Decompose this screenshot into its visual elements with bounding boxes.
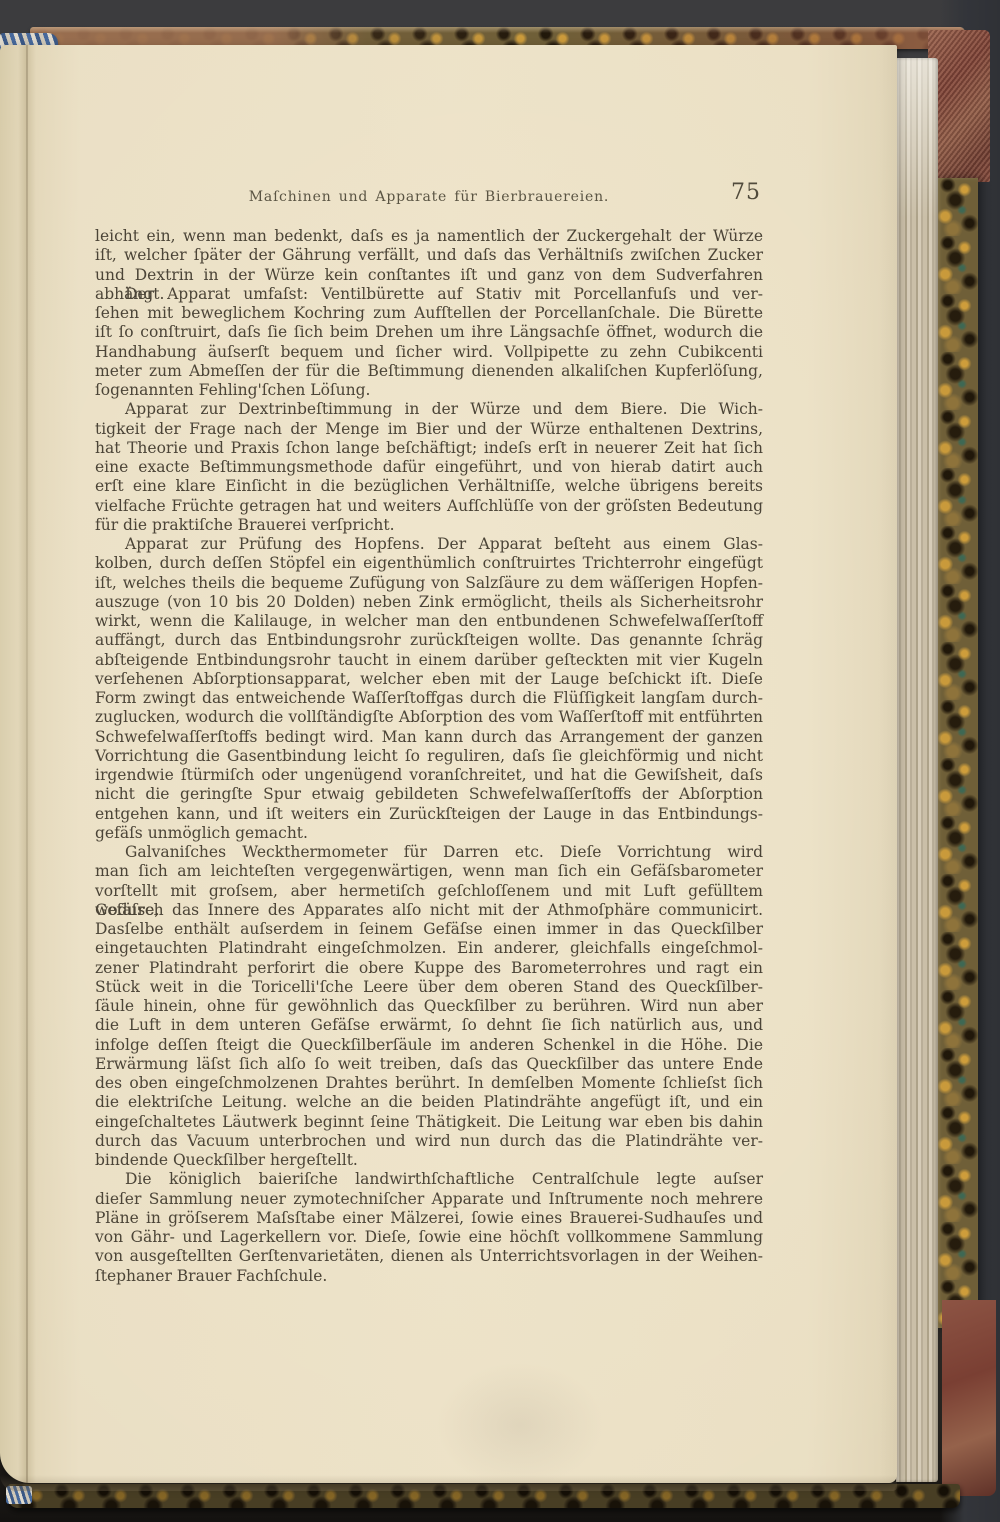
text-line: vielfache Früchte getragen hat und weite… <box>95 497 763 516</box>
cover-leather-corner-bottom <box>942 1300 996 1496</box>
text-line: dieſer Sammlung neuer zymotechniſcher Ap… <box>95 1190 763 1209</box>
text-line: Galvaniſches Weckthermometer für Darren … <box>95 843 763 862</box>
text-line: durch das Vacuum unterbrochen und wird n… <box>95 1132 763 1151</box>
text-line: die elektriſche Leitung. welche an die b… <box>95 1093 763 1112</box>
text-line: hat Theorie und Praxis ſchon lange beſch… <box>95 439 763 458</box>
text-line: zuglucken, wodurch die vollſtändigſte Ab… <box>95 708 763 727</box>
text-line: eingetauchten Platindraht eingeſchmolzen… <box>95 939 763 958</box>
text-line: meter zum Abmeſſen der für die Beſtimmun… <box>95 362 763 381</box>
book-scan: Maſchinen und Apparate für Bierbrauereie… <box>0 0 1000 1522</box>
text-line: nicht die geringſte Spur etwaig gebildet… <box>95 785 763 804</box>
text-line: vorſtellt mit groſsem, aber hermetiſch g… <box>95 882 763 901</box>
text-block: leicht ein, wenn man bedenkt, daſs es ja… <box>95 227 763 1286</box>
text-line: für die praktiſche Brauerei verſpricht. <box>95 516 763 535</box>
text-line: ſogenannten Fehling'ſchen Löſung. <box>95 381 763 400</box>
text-line: erſt eine klare Einſicht in die bezüglic… <box>95 477 763 496</box>
text-line: gefäſs unmöglich gemacht. <box>95 824 763 843</box>
cover-top-gloss <box>30 27 965 33</box>
text-line: bindende Queckſilber hergeſtellt. <box>95 1151 763 1170</box>
text-line: iſt, welches theils die bequeme Zufügung… <box>95 574 763 593</box>
text-line: verſehenen Abſorptionsapparat, welcher e… <box>95 670 763 689</box>
text-line: tigkeit der Frage nach der Menge im Bier… <box>95 420 763 439</box>
text-line: Handhabung äuſserſt bequem und ſicher wi… <box>95 343 763 362</box>
text-line: kolben, durch deſſen Stöpfel ein eigenth… <box>95 554 763 573</box>
book-cover-right-edge <box>936 178 978 1328</box>
text-line: abſteigende Entbindungsrohr taucht in ei… <box>95 651 763 670</box>
text-line: eingeſchaltetes Läutwerk beginnt ſeine T… <box>95 1113 763 1132</box>
text-line: von ausgeſtellten Gerſtenvarietäten, die… <box>95 1247 763 1266</box>
text-line: iſt ſo conſtruirt, daſs ſie ſich beim Dr… <box>95 323 763 342</box>
text-line: Apparat zur Dextrinbeſtimmung in der Wür… <box>95 400 763 419</box>
text-line: iſt, welcher ſpäter der Gährung verfällt… <box>95 246 763 265</box>
text-line: von Gähr- und Lagerkellern vor. Dieſe, ſ… <box>95 1228 763 1247</box>
text-line: Vorrichtung die Gasentbindung leicht ſo … <box>95 747 763 766</box>
text-line: Apparat zur Prüfung des Hopfens. Der App… <box>95 535 763 554</box>
text-line: des oben eingeſchmolzenen Drahtes berühr… <box>95 1074 763 1093</box>
page-edge-stack <box>896 58 938 1482</box>
text-line: Pläne in gröſserem Maſsſtabe einer Mälze… <box>95 1209 763 1228</box>
text-line: Schwefelwaſſerſtoffs bedingt wird. Man k… <box>95 728 763 747</box>
page-header: Maſchinen und Apparate für Bierbrauereie… <box>95 184 763 210</box>
text-line: Die königlich baieriſche landwirthſchaft… <box>95 1170 763 1189</box>
text-line: infolge deſſen ſteigt die Queckſilberſäu… <box>95 1036 763 1055</box>
text-line: Der Apparat umfaſst: Ventilbürette auf S… <box>95 285 763 304</box>
text-line: Dasſelbe enthält auſserdem in ſeinem Gef… <box>95 920 763 939</box>
text-line: und Dextrin in der Würze kein conſtantes… <box>95 266 763 285</box>
text-line: man ſich am leichteſten vergegenwärtigen… <box>95 862 763 881</box>
text-line: leicht ein, wenn man bedenkt, daſs es ja… <box>95 227 763 246</box>
text-line: wirkt, wenn die Kalilauge, in welcher ma… <box>95 612 763 631</box>
text-line: Erwärmung läſst ſich alſo ſo weit treibe… <box>95 1055 763 1074</box>
text-line: auffängt, durch das Entbindungsrohr zurü… <box>95 631 763 650</box>
text-line: ſehen mit beweglichem Kochring zum Aufſt… <box>95 304 763 323</box>
text-line: entgehen kann, und iſt weiters ein Zurüc… <box>95 805 763 824</box>
page-bottom-shadow <box>0 1475 897 1491</box>
text-line: ſtephaner Brauer Fachſchule. <box>95 1267 763 1286</box>
text-line: zener Platindraht perforirt die obere Ku… <box>95 959 763 978</box>
text-line: Stück weit in die Toricelli'ſche Leere ü… <box>95 978 763 997</box>
text-line: Form zwingt das entweichende Waſſerſtoff… <box>95 689 763 708</box>
text-line: irgendwie ſtürmiſch oder ungenügend vora… <box>95 766 763 785</box>
text-line: auszuge (von 10 bis 20 Dolden) neben Zin… <box>95 593 763 612</box>
text-line: eine exacte Beſtimmungsmethode dafür ein… <box>95 458 763 477</box>
text-line: wodurch das Innere des Apparates alſo ni… <box>95 901 763 920</box>
text-line: ſäule hinein, ohne für gewöhnlich das Qu… <box>95 997 763 1016</box>
page-number: 75 <box>731 180 761 205</box>
text-line: die Luft in dem unteren Gefäſse erwärmt,… <box>95 1016 763 1035</box>
running-title: Maſchinen und Apparate für Bierbrauereie… <box>95 184 763 205</box>
